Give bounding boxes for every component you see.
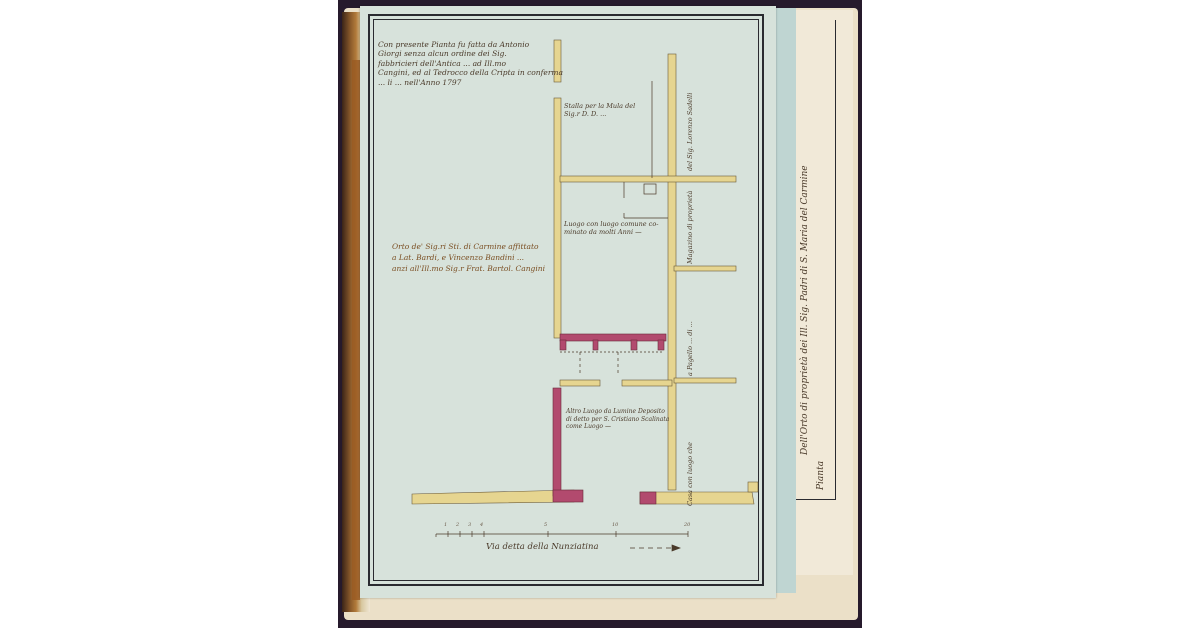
side-title-description: Dell'Orto di proprietà dei Ill. Sig. Pad… — [800, 165, 810, 455]
plan-sheet: Con presente Pianta fu fatta da Antonio … — [360, 6, 776, 598]
note-vertical-3: Magazino di proprietà — [686, 191, 694, 264]
note-vertical-2: a Pagello ... di ... — [686, 321, 694, 376]
archival-scan: Pianta Dell'Orto di proprietà dei Ill. S… — [338, 0, 862, 628]
note-garden-line: Orto de' Sig.ri Sti. di Carmine affittat… — [392, 242, 545, 253]
scale-label: 20 — [684, 522, 690, 528]
note-stable-line: Stalla per la Mula del — [564, 102, 635, 110]
note-garden-line: a Lat. Bardi, e Vincenzo Bandini ... — [392, 253, 545, 264]
note-middle-room-line: Luogo con luogo comune co- — [564, 220, 658, 228]
street-label: Via detta della Nunziatina — [486, 542, 599, 553]
note-top-left-line: Cangini, ed al Tedrocco della Cripta in … — [378, 68, 563, 77]
note-lower-room-line: come Luogo — — [566, 423, 669, 431]
note-lower-room-line: Altro Luogo da Lumine Deposito — [566, 408, 669, 416]
scale-label: 5 — [544, 522, 547, 528]
note-garden-line: anzi all'Ill.mo Sig.r Frat. Bartol. Cang… — [392, 264, 545, 275]
side-title-pianta: Pianta — [816, 461, 826, 490]
binding-spine-inner — [352, 60, 360, 600]
note-vertical-4: del Sig. Lorenzo Sadelli — [686, 93, 694, 171]
note-lower-room-line: di detto per S. Cristiano Scalinata — [566, 416, 669, 424]
note-lower-room: Altro Luogo da Lumine Deposito di detto … — [566, 408, 669, 431]
floor-plan-drawing — [360, 6, 776, 598]
note-top-left: Con presente Pianta fu fatta da Antonio … — [378, 40, 563, 87]
scale-label: 2 — [456, 522, 459, 528]
note-stable-line: Sig.r D. D. ... — [564, 110, 635, 118]
scale-label: 1 — [444, 522, 447, 528]
note-middle-room: Luogo con luogo comune co- minato da mol… — [564, 220, 658, 236]
note-middle-room-line: minato da molti Anni — — [564, 228, 658, 236]
note-top-left-line: fabbricieri dell'Antica ... ad Ill.mo — [378, 59, 563, 68]
note-top-left-line: Con presente Pianta fu fatta da Antonio — [378, 40, 563, 49]
note-stable: Stalla per la Mula del Sig.r D. D. ... — [564, 102, 635, 118]
scale-label: 4 — [480, 522, 483, 528]
scale-label: 10 — [612, 522, 618, 528]
note-vertical-1: Casa con luogo che — [686, 442, 694, 506]
title-page-rule — [835, 20, 836, 500]
scale-label: 3 — [468, 522, 471, 528]
note-garden: Orto de' Sig.ri Sti. di Carmine affittat… — [392, 242, 545, 275]
note-top-left-line: Giorgi senza alcun ordine dei Sig. — [378, 49, 563, 58]
note-top-left-line: ... li ... nell'Anno 1797 — [378, 78, 563, 87]
